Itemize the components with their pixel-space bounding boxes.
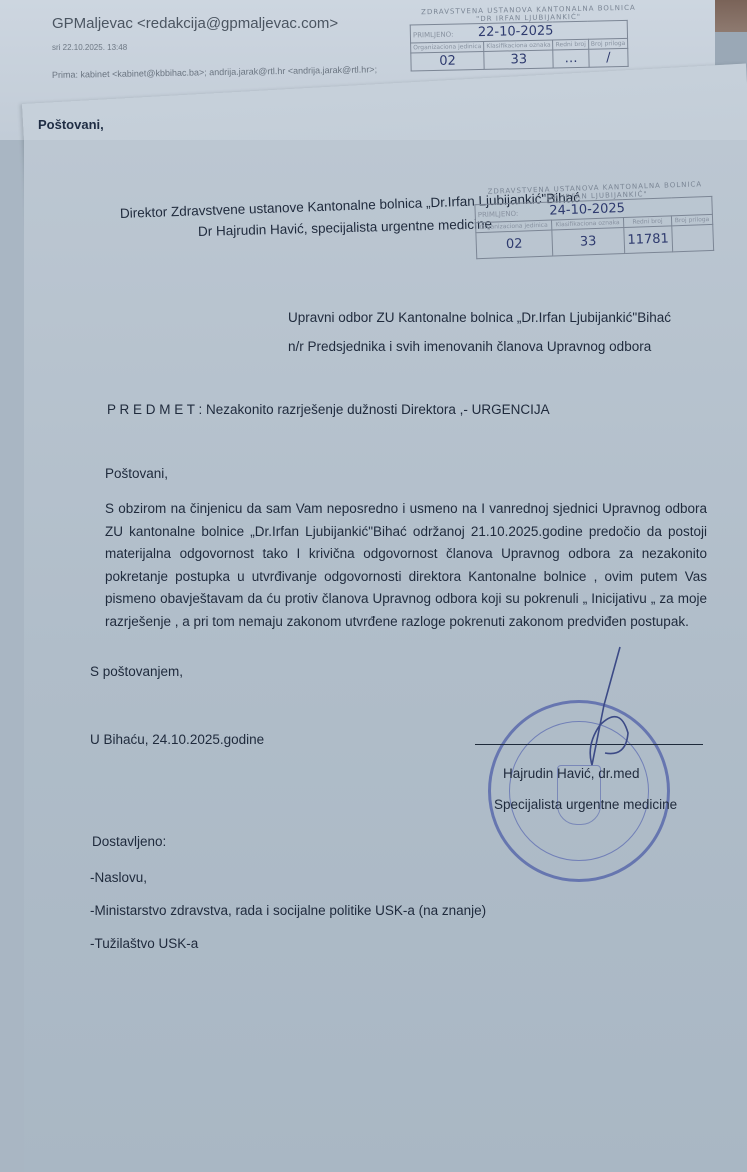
- subject-text: Nezakonito razrješenje dužnosti Direktor…: [206, 402, 550, 417]
- delivered-to-item: -Ministarstvo zdravstva, rada i socijaln…: [90, 903, 486, 918]
- stamp-value: 33: [484, 50, 554, 69]
- stamp-received-label: PRIMLJENO:: [413, 31, 454, 40]
- email-sender: GPMaljevac <redakcija@gpmaljevac.com>: [52, 15, 338, 32]
- registry-stamp-2: ZDRAVSTVENA USTANOVA KANTONALNA BOLNICA …: [474, 180, 718, 259]
- stamp-value: 33: [552, 228, 625, 256]
- delivered-label: Dostavljeno:: [92, 834, 166, 849]
- email-date: sri 22.10.2025. 13:48: [52, 43, 127, 52]
- subject-line: P R E D M E T : Nezakonito razrješenje d…: [107, 402, 550, 417]
- subject-label: P R E D M E T :: [107, 402, 202, 417]
- delivered-to-item: -Tužilaštvo USK-a: [90, 936, 198, 951]
- stamp-table: PRIMLJENO: 22-10-2025 Organizaciona jedi…: [410, 20, 629, 72]
- email-salutation: Poštovani,: [38, 117, 104, 132]
- place-date: U Bihaću, 24.10.2025.godine: [90, 732, 264, 747]
- signatory-title: Specijalista urgentne medicine: [494, 797, 677, 812]
- stamp-value: 02: [411, 51, 485, 71]
- stamp-value: [672, 224, 714, 251]
- stamp-table: PRIMLJENO: 24-10-2025 Organizaciona jedi…: [474, 196, 714, 259]
- closing: S poštovanjem,: [90, 664, 183, 679]
- letter-body: S obzirom na činjenicu da sam Vam neposr…: [105, 498, 707, 633]
- handwritten-signature-icon: [500, 645, 650, 775]
- stamp-received-date: 22-10-2025: [478, 23, 554, 40]
- stamp-value: /: [588, 48, 628, 67]
- stamp-received-label: PRIMLJENO:: [478, 210, 519, 219]
- stamp-value: …: [553, 49, 589, 68]
- delivered-to-item: -Naslovu,: [90, 870, 147, 885]
- signatory-name: Hajrudin Havić, dr.med: [503, 766, 640, 781]
- letter-salutation: Poštovani,: [105, 466, 168, 481]
- recipient-line-1: Upravni odbor ZU Kantonalne bolnica „Dr.…: [288, 310, 671, 325]
- registry-stamp-1: ZDRAVSTVENA USTANOVA KANTONALNA BOLNICA …: [409, 4, 648, 72]
- stamp-value: 02: [476, 230, 553, 259]
- stamp-value: 11781: [624, 226, 673, 254]
- recipient-line-2: n/r Predsjednika i svih imenovanih člano…: [288, 339, 651, 354]
- stamp-received-date: 24-10-2025: [549, 201, 625, 219]
- table-surface: [715, 0, 747, 32]
